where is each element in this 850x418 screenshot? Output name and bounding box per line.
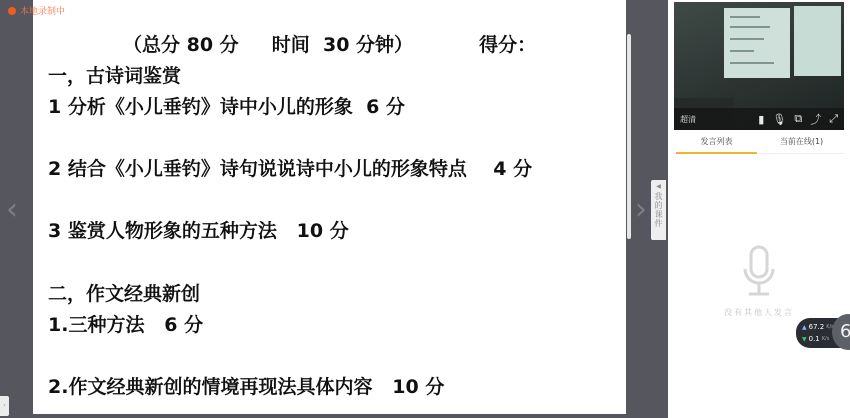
slide-section-1-title: 一，古诗词鉴赏 <box>48 61 181 88</box>
app-root: 本地录制中 （总分 80 分 时间 30 分钟） 得分： 一，古诗词鉴赏 1 分… <box>0 0 850 418</box>
my-courseware-label: 我的课件 <box>653 192 664 228</box>
tab-speak-list[interactable]: 发言列表 <box>674 134 759 153</box>
toolbar-toggle-button[interactable]: › <box>0 396 9 416</box>
panel-tabs: 发言列表 当前在线(1) <box>674 134 844 154</box>
tab-online-now[interactable]: 当前在线(1) <box>759 134 844 153</box>
empty-state: 没有其他人发言 <box>668 245 850 318</box>
download-arrow-icon: ▼ <box>802 336 807 343</box>
download-speed: 0.1 <box>809 335 820 343</box>
my-courseware-tab[interactable]: ◀ 我的课件 <box>651 180 666 240</box>
recording-indicator: 本地录制中 <box>8 4 65 17</box>
fullscreen-icon[interactable]: ⤢ <box>829 112 838 126</box>
slide-scrollbar[interactable] <box>627 34 631 239</box>
slide-question-2: 2 结合《小儿垂钓》诗句说说诗中小儿的形象特点 4 分 <box>48 154 532 181</box>
prev-page-button[interactable]: ‹ <box>6 190 26 230</box>
right-panel: 超清 ▮ 🎙 ⧉ ⤴ ⤢ 发言列表 当前在线(1) 没有其他人发言 <box>668 0 850 418</box>
mic-icon[interactable]: 🎙 <box>772 113 786 126</box>
slide-question-5: 2.作文经典新创的情境再现法具体内容 10 分 <box>48 372 444 399</box>
empty-state-label: 没有其他人发言 <box>668 307 850 318</box>
collapse-arrow-icon: ◀ <box>656 183 661 190</box>
popout-icon[interactable]: ⤴ <box>810 111 821 127</box>
slide-question-3: 3 鉴赏人物形象的五种方法 10 分 <box>48 216 349 243</box>
slide-question-1: 1 分析《小儿垂钓》诗中小儿的形象 6 分 <box>48 92 405 119</box>
courseware-stage: 本地录制中 （总分 80 分 时间 30 分钟） 得分： 一，古诗词鉴赏 1 分… <box>0 0 668 418</box>
switch-layout-icon[interactable]: ⧉ <box>794 112 802 126</box>
microphone-icon <box>741 245 777 297</box>
teacher-video[interactable]: 超清 ▮ 🎙 ⧉ ⤴ ⤢ <box>674 2 844 130</box>
projected-screen <box>724 8 790 78</box>
slide: （总分 80 分 时间 30 分钟） 得分： 一，古诗词鉴赏 1 分析《小儿垂钓… <box>33 0 626 414</box>
upload-arrow-icon: ▲ <box>802 324 807 331</box>
signal-icon: ▮ <box>758 113 764 126</box>
projected-screen-2 <box>794 6 841 76</box>
record-dot-icon <box>8 7 16 15</box>
upload-speed: 67.2 <box>809 323 825 331</box>
slide-question-4: 1.三种方法 6 分 <box>48 310 203 337</box>
quality-selector[interactable]: 超清 <box>680 114 696 125</box>
video-toolbar: 超清 ▮ 🎙 ⧉ ⤴ ⤢ <box>674 108 844 130</box>
slide-header-line: （总分 80 分 时间 30 分钟） 得分： <box>123 30 536 57</box>
slide-section-2-title: 二，作文经典新创 <box>48 279 200 306</box>
recording-label: 本地录制中 <box>20 4 65 17</box>
